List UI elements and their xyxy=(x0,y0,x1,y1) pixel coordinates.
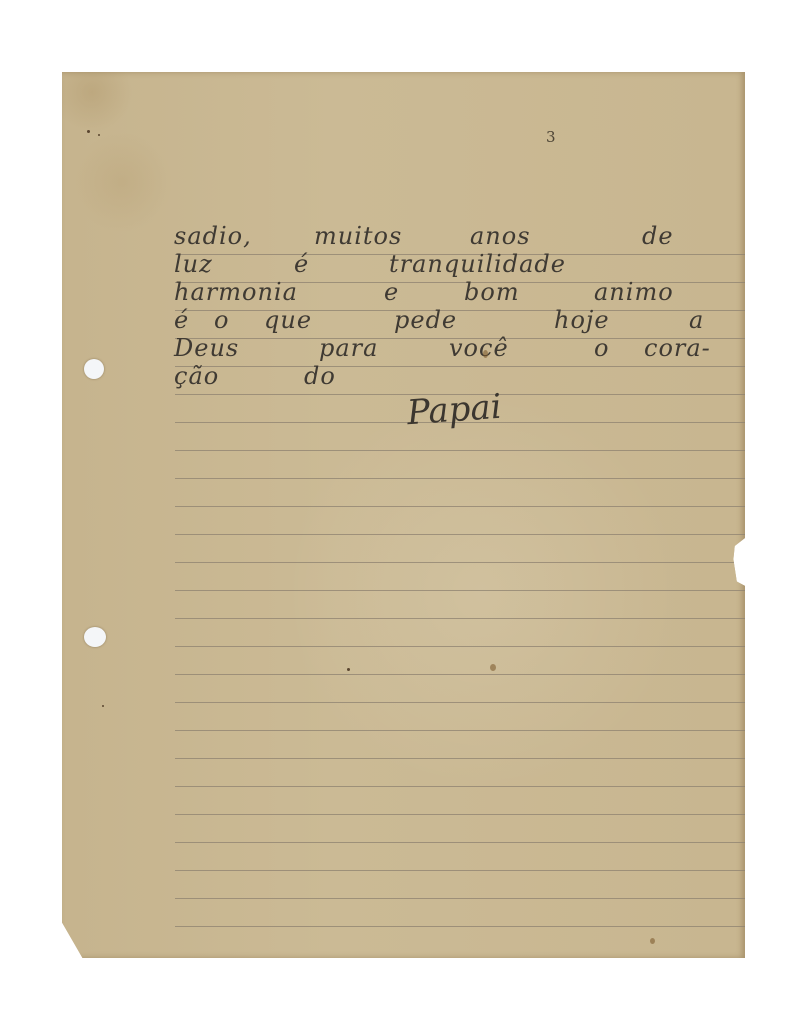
page-number: 3 xyxy=(546,128,556,146)
punch-hole xyxy=(84,359,104,379)
ruled-line xyxy=(175,786,745,787)
letter-page: 3 sadio, muitos anos de luz é tranquilid… xyxy=(62,72,745,958)
word: muitos xyxy=(314,222,402,250)
ruled-line xyxy=(175,310,745,311)
word: de xyxy=(642,222,674,250)
ink-speck xyxy=(87,130,90,133)
stain xyxy=(650,938,655,944)
stain xyxy=(584,962,590,968)
word: do xyxy=(304,362,336,390)
ruled-line xyxy=(175,870,745,871)
ruled-line xyxy=(175,478,745,479)
word: é xyxy=(174,306,189,334)
word: o xyxy=(594,334,609,362)
ink-speck xyxy=(102,705,104,707)
ruled-line xyxy=(175,702,745,703)
word: animo xyxy=(594,278,674,306)
word: a xyxy=(689,306,704,334)
word: pede xyxy=(394,306,457,334)
word: tranquilidade xyxy=(389,250,566,278)
ruled-line xyxy=(175,926,745,927)
ruled-line xyxy=(175,590,745,591)
ink-speck xyxy=(347,668,350,671)
signature: Papai xyxy=(406,387,503,433)
word: é xyxy=(294,250,309,278)
ruled-line xyxy=(175,450,745,451)
ruled-line xyxy=(175,814,745,815)
word: o xyxy=(214,306,229,334)
word: ção xyxy=(174,362,219,390)
punch-hole xyxy=(84,627,106,647)
ruled-line xyxy=(175,562,745,563)
word: e xyxy=(384,278,399,306)
word: que xyxy=(264,306,312,334)
stain xyxy=(490,664,496,671)
ruled-line xyxy=(175,730,745,731)
stain xyxy=(483,350,488,358)
ruled-line xyxy=(175,646,745,647)
word: Deus xyxy=(174,334,239,362)
word: luz xyxy=(174,250,213,278)
ruled-line xyxy=(175,674,745,675)
ruled-line xyxy=(175,758,745,759)
ruled-line xyxy=(175,366,745,367)
word: bom xyxy=(464,278,520,306)
ruled-line xyxy=(175,898,745,899)
word: harmonia xyxy=(174,278,298,306)
word: para xyxy=(319,334,378,362)
word: cora- xyxy=(644,334,711,362)
ruled-line xyxy=(175,534,745,535)
ruled-line xyxy=(175,842,745,843)
ruled-line xyxy=(175,506,745,507)
ink-speck xyxy=(98,134,100,136)
word: sadio, xyxy=(174,222,252,250)
word: você xyxy=(449,334,509,362)
word: anos xyxy=(470,222,531,250)
word: hoje xyxy=(554,306,610,334)
ruled-line xyxy=(175,618,745,619)
